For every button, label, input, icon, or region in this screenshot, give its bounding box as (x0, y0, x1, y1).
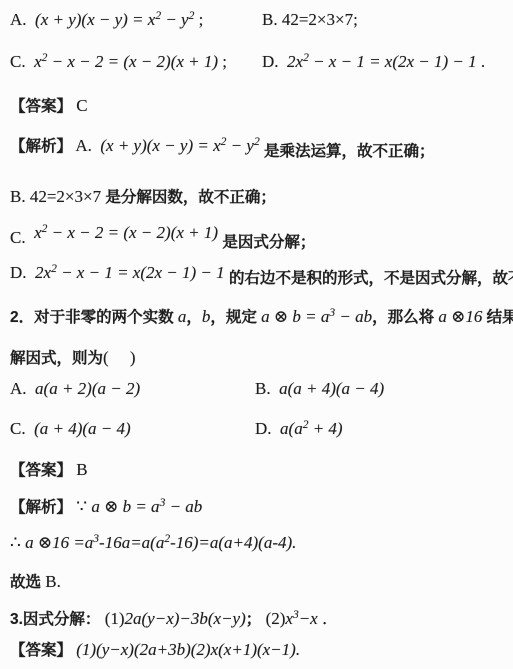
text-run: ，那么将 (372, 305, 434, 327)
text-run: . (477, 52, 486, 72)
text-run: − x − 2 = (x − 2)(x + 1) (47, 223, 218, 243)
text-run: − x − 1 = x(2x − 1) − 1 (309, 52, 477, 72)
text-run: ； (246, 607, 266, 629)
q3-stem: 3.因式分解： (1)2a(y−x)−3b(x−y)； (2)x3−x ． (0, 604, 513, 630)
text-run: 【答案】 (10, 638, 72, 660)
text-run: 2x (287, 52, 303, 72)
answer-label: 【答案】 C (10, 94, 88, 116)
q1-analysis-d: D. 2x2 − x − 1 = x(2x − 1) − 1 的右边不是积的形式… (0, 261, 513, 287)
q2-option-d: D. a(a2 + 4) (255, 419, 343, 439)
text-run: 是乘法运算，故不正确； (260, 139, 435, 161)
text-run: (x + y)(x − y) = x (100, 136, 220, 156)
q1-analysis-b: B. 42=2×3×7 是分解因数，故不正确； (0, 185, 513, 211)
text-run: ; (218, 52, 227, 72)
text-run: 2．对于非零的两个实数 (10, 305, 174, 327)
text-run: ，规定 (210, 305, 257, 327)
q2-options-cd: C. (a + 4)(a − 4)D. a(a2 + 4) (0, 419, 513, 445)
q2-option-b: B. a(a + 4)(a − 4) (255, 379, 384, 399)
text-run: ( ) (103, 343, 136, 368)
analysis-a: 【解析】 A. (x + y)(x − y) = x2 − y2 是乘法运算，故… (10, 134, 435, 156)
text-run: B. (255, 379, 279, 399)
text-run: B. 42=2×3×7; (262, 10, 358, 30)
text-run: 是因式分解； (218, 230, 315, 252)
text-run: ∵ (72, 497, 91, 517)
text-run: B. 42=2×3×7 (10, 187, 105, 207)
text-run: (x + y)(x − y) = x (35, 10, 155, 30)
q2-option-a: A. a(a + 2)(a − 2) (10, 379, 140, 399)
q1-analysis-c: C. x2 − x − 2 = (x − 2)(x + 1) 是因式分解； (0, 226, 513, 252)
text-run: a ⊗16 =a (25, 533, 93, 553)
q2-conclusion: 故选 B. (0, 570, 513, 596)
q1-analysis-a: 【解析】 A. (x + y)(x − y) = x2 − y2 是乘法运算，故… (0, 134, 513, 160)
q1-option-b: B. 42=2×3×7; (262, 10, 358, 30)
text-run: (2) (266, 609, 286, 629)
text-run: 是分解因数，故不正确； (105, 185, 276, 207)
answer-label: 【答案】 (1)(y−x)(2a+3b)(2)x(x+1)(x−1). (10, 638, 300, 660)
analysis-b: B. 42=2×3×7 是分解因数，故不正确； (10, 185, 276, 207)
document: A. (x + y)(x − y) = x2 − y2 ;B. 42=2×3×7… (0, 0, 513, 669)
text-run: 3.因式分解： (10, 607, 100, 629)
q1-option-d: D. 2x2 − x − 1 = x(2x − 1) − 1 . (262, 52, 485, 72)
text-run: C. (10, 52, 34, 72)
text-run: 【解析】 (10, 495, 72, 517)
q1-answer: 【答案】 C (0, 94, 513, 120)
q1-options-ab: A. (x + y)(x − y) = x2 − y2 ;B. 42=2×3×7… (0, 10, 513, 36)
text-run: x (285, 609, 293, 629)
q2-option-c: C. (a + 4)(a − 4) (10, 419, 131, 439)
text-run: 结果再进行分 (487, 305, 513, 327)
text-run: a(a + 2)(a − 2) (35, 379, 140, 399)
q2-stem-line1: 2．对于非零的两个实数 a，b，规定 a ⊗ b = a3 − ab，那么将 a… (0, 305, 513, 331)
text-run: 2x (35, 263, 51, 283)
analysis-c: C. x2 − x − 2 = (x − 2)(x + 1) 是因式分解； (10, 226, 315, 248)
q1-options-cd: C. x2 − x − 2 = (x − 2)(x + 1) ;D. 2x2 −… (0, 52, 513, 78)
text-run: a ⊗ b = a (91, 497, 159, 517)
text-run: ∴ (10, 533, 25, 553)
q1-option-a: A. (x + y)(x − y) = x2 − y2 ; (10, 10, 203, 30)
q2-answer: 【答案】 B (0, 458, 513, 484)
text-run: a (174, 307, 187, 327)
text-run: B (72, 460, 88, 480)
conclusion: 故选 B. (10, 570, 61, 592)
text-run: A. (10, 10, 35, 30)
text-run: − y (161, 10, 189, 30)
text-run: (a + 4)(a − 4) (34, 419, 131, 439)
text-run: 【答案】 (10, 458, 72, 480)
text-run: − x − 1 = x(2x − 1) − 1 (57, 263, 225, 283)
text-run: x (34, 223, 42, 243)
text-run: D. (262, 52, 287, 72)
q2-stem-line2: 解因式，则为( ) (0, 343, 513, 369)
q2-analysis-2: ∴ a ⊗16 =a3-16a=a(a2-16)=a(a+4)(a-4). (0, 533, 513, 559)
q3-stem-text: 3.因式分解： (1)2a(y−x)−3b(x−y)； (2)x3−x ． (10, 604, 339, 629)
text-run: a ⊗16 (434, 307, 487, 327)
analysis-d: D. 2x2 − x − 1 = x(2x − 1) − 1 的右边不是积的形式… (10, 261, 513, 283)
text-run: 【解析】 (10, 134, 72, 156)
text-run: D. (10, 263, 35, 283)
analysis-because: 【解析】 ∵ a ⊗ b = a3 − ab (10, 495, 202, 517)
text-run: 的右边不是积的形式，不是因式分解，故不正确。 (225, 266, 513, 288)
analysis-therefore: ∴ a ⊗16 =a3-16a=a(a2-16)=a(a+4)(a-4). (10, 533, 296, 553)
text-run: -16)=a(a+4)(a-4). (170, 533, 296, 553)
text-run: + 4) (308, 419, 342, 439)
text-run: C. (10, 228, 34, 248)
text-run: D. (255, 419, 280, 439)
text-run: (1)(y−x)(2a+3b)(2)x(x+1)(x−1). (72, 640, 300, 660)
text-run: a(a + 4)(a − 4) (279, 379, 384, 399)
q3-answer: 【答案】 (1)(y−x)(2a+3b)(2)x(x+1)(x−1). (0, 638, 513, 664)
text-run: A. (72, 136, 100, 156)
text-run: ; (194, 10, 203, 30)
text-run: A. (10, 379, 35, 399)
text-run: ， (186, 305, 202, 327)
text-run: (1) (100, 609, 124, 629)
text-run: −x (299, 609, 318, 629)
text-run: C. (10, 419, 34, 439)
text-run: − x − 2 = (x − 2)(x + 1) (47, 52, 218, 72)
text-run: -16a=a(a (99, 533, 164, 553)
q2-options-ab: A. a(a + 2)(a − 2)B. a(a + 4)(a − 4) (0, 379, 513, 405)
text-run: 【答案】 (10, 94, 72, 116)
text-run: 解因式，则为 (10, 346, 103, 368)
answer-label: 【答案】 B (10, 458, 88, 480)
text-run: 2a(y−x)−3b(x−y) (125, 609, 246, 629)
text-run: a(a (280, 419, 303, 439)
text-run: ． (318, 604, 339, 629)
q2-stem: 2．对于非零的两个实数 a，b，规定 a ⊗ b = a3 − ab，那么将 a… (10, 305, 513, 327)
text-run: − ab (165, 497, 202, 517)
text-run: B. (41, 572, 61, 592)
text-run: − y (226, 136, 254, 156)
q2-stem-continued: 解因式，则为( ) (10, 343, 136, 368)
q1-option-c: C. x2 − x − 2 = (x − 2)(x + 1) ; (10, 52, 227, 72)
text-run: C (72, 96, 88, 116)
q2-analysis-1: 【解析】 ∵ a ⊗ b = a3 − ab (0, 495, 513, 521)
text-run: 故选 (10, 570, 41, 592)
text-run: − ab (335, 307, 372, 327)
text-run: x (34, 52, 42, 72)
text-run: a ⊗ b = a (257, 307, 329, 327)
